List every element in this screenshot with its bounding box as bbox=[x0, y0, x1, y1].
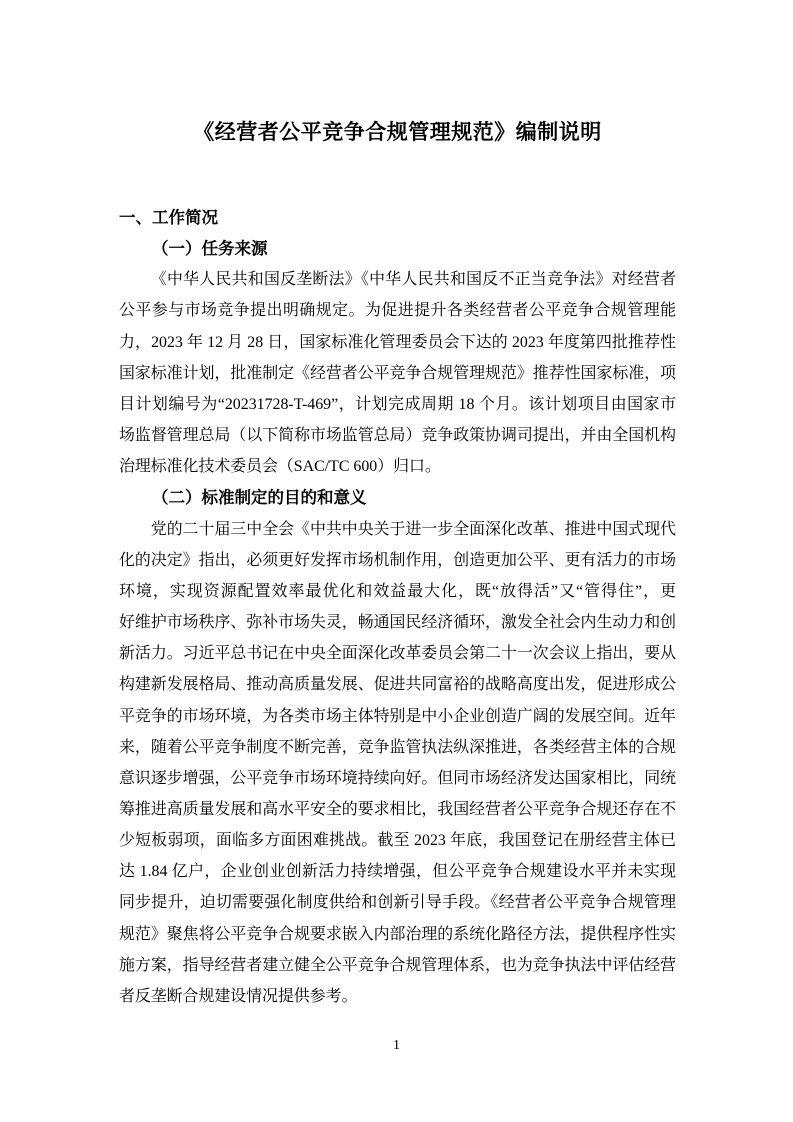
paragraph-line: 构建新发展格局、推动高质量发展、促进共同富裕的战略高度出发，促进形成公 bbox=[119, 669, 676, 700]
paragraph-line: 公平参与市场竞争提出明确规定。为促进提升各类经营者公平竞争合规管理能 bbox=[119, 295, 676, 326]
paragraph-line: 者反垄断合规建设情况提供参考。 bbox=[119, 981, 676, 1012]
paragraph-line: 化的决定》指出，必须更好发挥市场机制作用，创造更加公平、更有活力的市场 bbox=[119, 545, 676, 576]
page-number: 1 bbox=[0, 1036, 793, 1056]
paragraph-line: 筹推进高质量发展和高水平安全的要求相比，我国经营者公平竞争合规还存在不 bbox=[119, 794, 676, 825]
paragraph-line: 新活力。习近平总书记在中央全面深化改革委员会第二十一次会议上指出，要从 bbox=[119, 638, 676, 669]
document-title: 《经营者公平竞争合规管理规范》编制说明 bbox=[119, 117, 676, 148]
paragraph-line: 来，随着公平竞争制度不断完善，竞争监管执法纵深推进，各类经营主体的合规 bbox=[119, 732, 676, 763]
paragraph-line: 平竞争的市场环境，为各类市场主体特别是中小企业创造广阔的发展空间。近年 bbox=[119, 701, 676, 732]
paragraph-line: 场监督管理总局（以下简称市场监管总局）竞争政策协调司提出，并由全国机构 bbox=[119, 420, 676, 451]
paragraph-line: 施方案，指导经营者建立健全公平竞争合规管理体系，也为竞争执法中评估经营 bbox=[119, 950, 676, 981]
paragraph-line: 《中华人民共和国反垄断法》《中华人民共和国反不正当竞争法》对经营者 bbox=[119, 264, 676, 295]
paragraph-line: 目计划编号为“20231728-T-469”，计划完成周期 18 个月。该计划项… bbox=[119, 389, 676, 420]
paragraph-line: 意识逐步增强，公平竞争市场环境持续向好。但同市场经济发达国家相比，同统 bbox=[119, 763, 676, 794]
paragraph-line: 规范》聚焦将公平竞争合规要求嵌入内部治理的系统化路径方法，提供程序性实 bbox=[119, 919, 676, 950]
paragraph-line: 达 1.84 亿户，企业创业创新活力持续增强，但公平竞争合规建设水平并未实现 bbox=[119, 856, 676, 887]
paragraph-line: 少短板弱项，面临多方面困难挑战。截至 2023 年底，我国登记在册经营主体已 bbox=[119, 825, 676, 856]
section-heading-work-overview: 一、工作简况 bbox=[119, 202, 676, 233]
paragraph-line: 力，2023 年 12 月 28 日，国家标准化管理委员会下达的 2023 年度… bbox=[119, 327, 676, 358]
paragraph-line: 好维护市场秩序、弥补市场失灵，畅通国民经济循环，激发全社会内生动力和创 bbox=[119, 607, 676, 638]
subsection-heading-purpose-significance: （二）标准制定的目的和意义 bbox=[119, 482, 676, 513]
paragraph-line: 治理标准化技术委员会（SAC/TC 600）归口。 bbox=[119, 451, 676, 482]
paragraph-line: 国家标准计划，批准制定《经营者公平竞争合规管理规范》推荐性国家标准，项 bbox=[119, 358, 676, 389]
paragraph-line: 同步提升，迫切需要强化制度供给和创新引导手段。《经营者公平竞争合规管理 bbox=[119, 887, 676, 918]
document-body: 一、工作简况 （一）任务来源 《中华人民共和国反垄断法》《中华人民共和国反不正当… bbox=[119, 202, 676, 1012]
paragraph-line: 党的二十届三中全会《中共中央关于进一步全面深化改革、推进中国式现代 bbox=[119, 514, 676, 545]
paragraph-line: 环境，实现资源配置效率最优化和效益最大化，既“放得活”又“管得住”，更 bbox=[119, 576, 676, 607]
subsection-heading-task-source: （一）任务来源 bbox=[119, 233, 676, 264]
document-page: 《经营者公平竞争合规管理规范》编制说明 一、工作简况 （一）任务来源 《中华人民… bbox=[0, 0, 793, 1122]
